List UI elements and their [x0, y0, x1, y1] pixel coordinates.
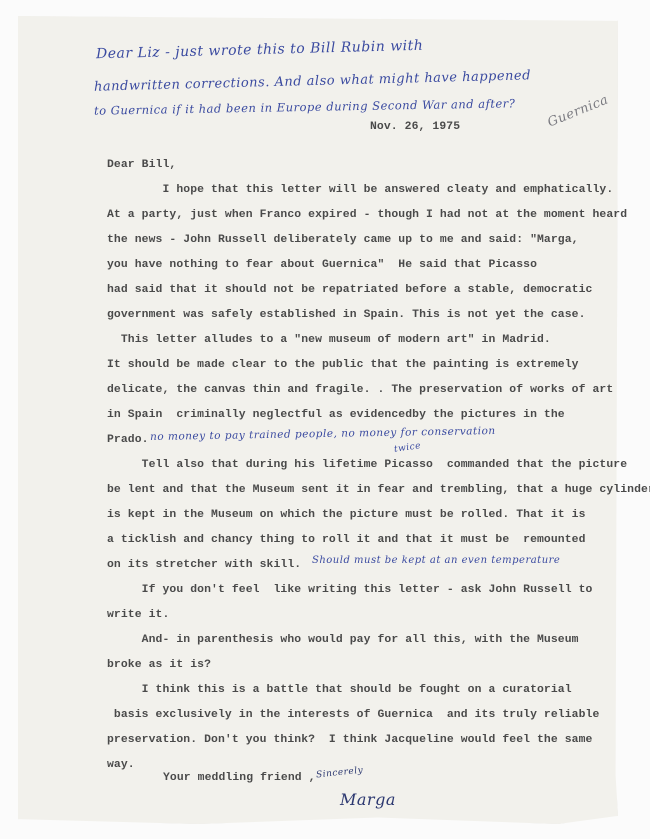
body-line: preservation. Don't you think? I think J…	[107, 734, 592, 746]
body-line: Prado.	[107, 434, 149, 446]
letter-date: Nov. 26, 1975	[370, 121, 460, 133]
body-line: basis exclusively in the interests of Gu…	[107, 709, 599, 721]
body-line: in Spain criminally neglectful as eviden…	[107, 409, 565, 421]
body-line: I hope that this letter will be answered…	[107, 184, 613, 196]
body-line: the news - John Russell deliberately cam…	[107, 234, 579, 246]
body-line: If you don't feel like writing this lett…	[107, 584, 592, 596]
body-line: had said that it should not be repatriat…	[107, 284, 592, 296]
body-line: a ticklish and chancy thing to roll it a…	[107, 534, 586, 546]
body-line: be lent and that the Museum sent it in f…	[107, 484, 650, 496]
closing: Your meddling friend ,	[163, 772, 316, 784]
body-line: Tell also that during his lifetime Picas…	[107, 459, 627, 471]
skill-annotation: Should must be kept at an even temperatu…	[312, 555, 560, 566]
body-line: This letter alludes to a "new museum of …	[107, 334, 551, 346]
body-line: delicate, the canvas thin and fragile. .…	[107, 384, 613, 396]
body-line: on its stretcher with skill.	[107, 559, 301, 571]
salutation: Dear Bill,	[107, 159, 176, 171]
body-line: you have nothing to fear about Guernica"…	[107, 259, 537, 271]
body-line: write it.	[107, 609, 169, 621]
body-line: government was safely established in Spa…	[107, 309, 586, 321]
body-line: is kept in the Museum on which the pictu…	[107, 509, 586, 521]
body-line: way.	[107, 759, 135, 771]
body-line: And- in parenthesis who would pay for al…	[107, 634, 579, 646]
body-line: broke as it is?	[107, 659, 211, 671]
body-line: I think this is a battle that should be …	[107, 684, 572, 696]
body-line: At a party, just when Franco expired - t…	[107, 209, 627, 221]
body-line: It should be made clear to the public th…	[107, 359, 579, 371]
signature: Marga	[340, 790, 396, 809]
